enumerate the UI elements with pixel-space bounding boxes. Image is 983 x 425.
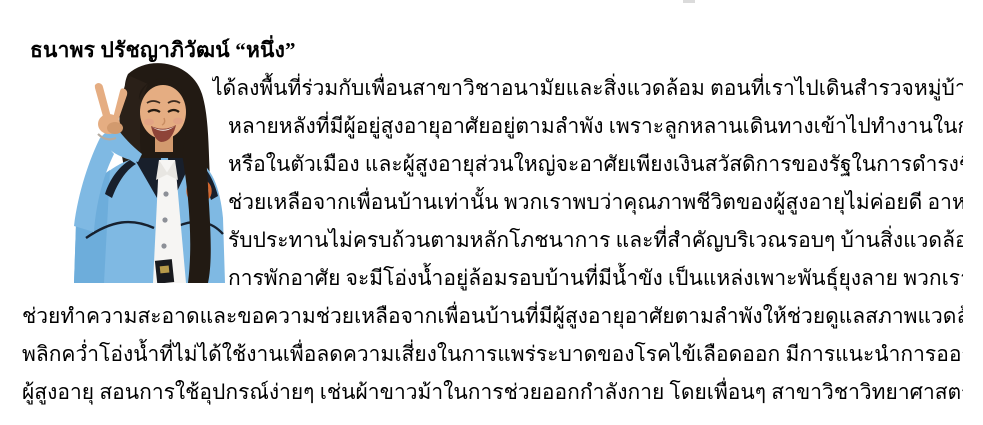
portrait-illustration	[60, 62, 225, 283]
body-text-line: รับประทานไม่ครบถ้วนตามหลักโภชนาการ และที…	[228, 224, 963, 256]
body-text-line: ผู้สูงอายุ สอนการใช้อุปกรณ์ง่ายๆ เช่นผ้า…	[22, 376, 963, 408]
body-text-line: หลายหลังที่มีผู้อยู่สูงอายุอาศัยอยู่ตามล…	[228, 110, 963, 142]
body-text-line: การพักอาศัย จะมีโอ่งน้ำอยู่ล้อมรอบบ้านที…	[228, 262, 963, 294]
document-page: { "page": { "background": "#ffffff", "te…	[0, 0, 983, 425]
body-text-line: พลิกคว่ำโอ่งน้ำที่ไม่ได้ใช้งานเพื่อลดควา…	[22, 338, 963, 370]
scan-crop-artifact	[683, 0, 695, 3]
body-text-line: ช่วยทำความสะอาดและขอความช่วยเหลือจากเพื่…	[22, 300, 963, 332]
portrait-photo	[60, 62, 225, 283]
body-text-line: หรือในตัวเมือง และผู้สูงอายุส่วนใหญ่จะอา…	[228, 148, 963, 180]
body-text-line: ช่วยเหลือจากเพื่อนบ้านเท่านั้น พวกเราพบว…	[228, 186, 963, 218]
body-text-line: ได้ลงพื้นที่ร่วมกับเพื่อนสาขาวิชาอนามัยแ…	[212, 72, 963, 104]
